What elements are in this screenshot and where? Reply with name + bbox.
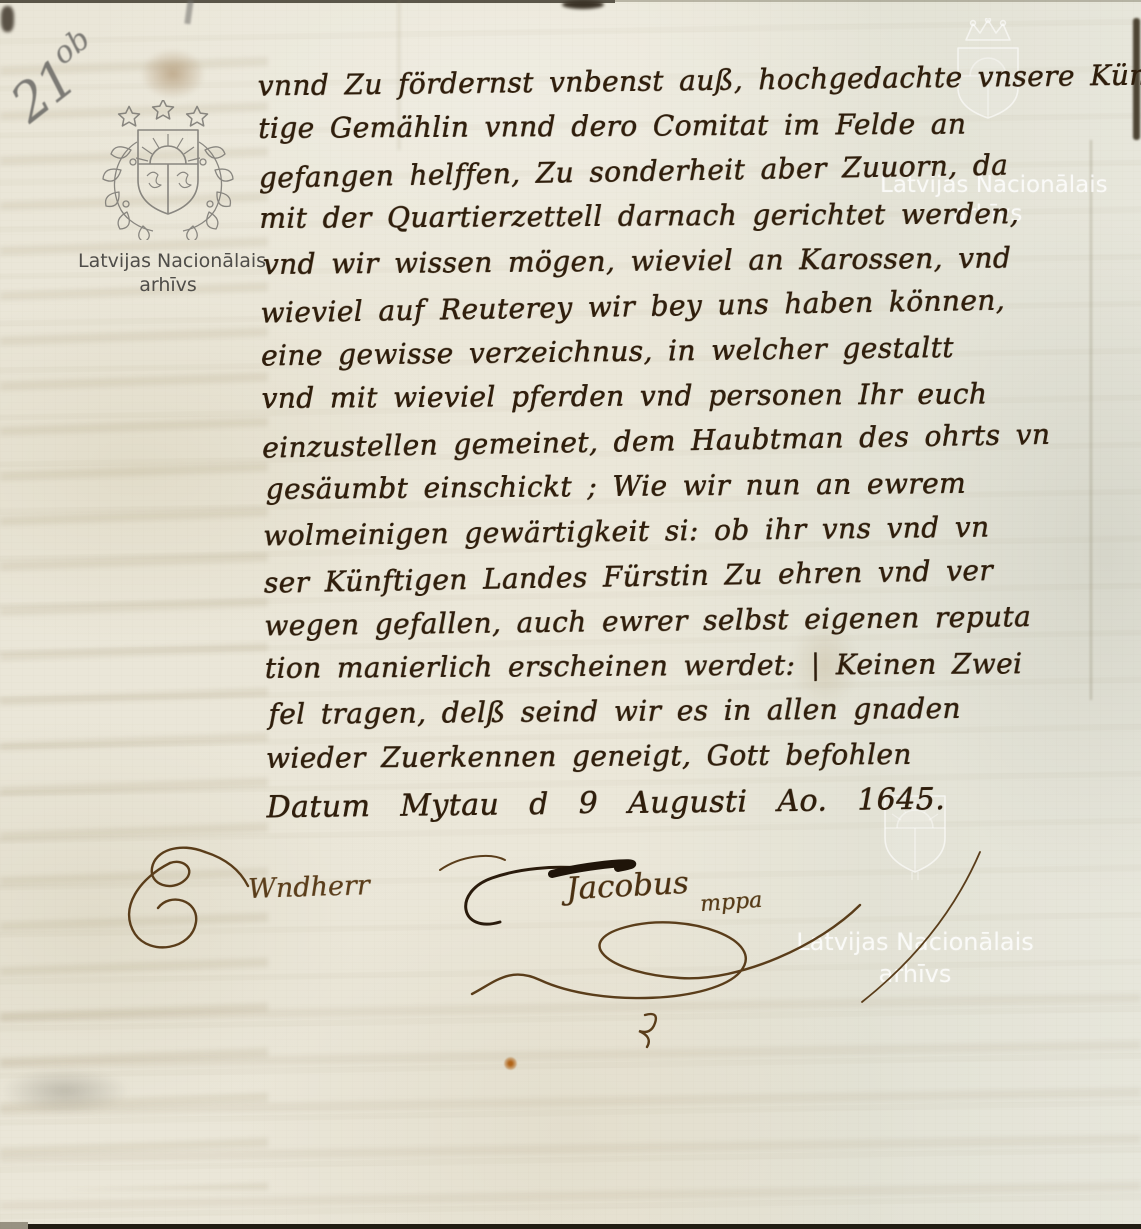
signature-left-text: Wndherr [247,870,370,905]
manuscript-text-block: vnnd Zu fördernst vnbenst auß, hochgedac… [257,53,1096,830]
gray-smudge [0,1068,130,1114]
manuscript-line: eine gewisse verzeichnus, in welcher ges… [261,323,1091,378]
signature-flourishes [100,830,1050,1070]
coat-of-arms-icon [93,100,243,240]
manuscript-line: wieder Zuerkennen geneigt, Gott befohlen [266,730,1096,780]
archive-name-line2: arhīvs [78,274,258,296]
signature-name: Jacobus [565,865,689,907]
signature-manu-propria: mppa [699,888,763,917]
corner-ink-mark [1,6,14,32]
scan-edge-top-right [615,0,1141,2]
manuscript-line: fel tragen, delß seind wir es in allen g… [268,684,1098,736]
scan-edge-top [0,0,615,3]
manuscript-line: tion manierlich erscheinen werdet: | Kei… [265,640,1095,690]
archive-logo: Latvijas Nacionālais arhīvs [78,100,258,296]
manuscript-line: mit der Quartierzettell darnach gerichte… [259,190,1089,240]
scan-edge-bottom [28,1224,1141,1229]
manuscript-line: vnnd Zu fördernst vnbenst auß, hochgedac… [257,53,1087,108]
scan-edge-bottom-left [0,1222,28,1229]
manuscript-line: wegen gefallen, auch ewrer selbst eigene… [264,593,1094,648]
archive-name-line1: Latvijas Nacionālais [78,250,258,272]
top-edge-ink-mark [562,0,604,9]
